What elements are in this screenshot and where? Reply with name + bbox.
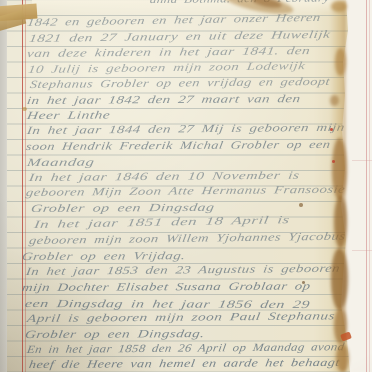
foxing-dot	[299, 203, 303, 207]
stain	[334, 196, 347, 248]
stain	[331, 1, 347, 12]
manuscript-line: van deze kinderen in het jaar 1841. den	[26, 45, 311, 60]
manuscript-line: 1821 den 27 January en uit deze Huwelijk	[28, 29, 331, 45]
manuscript-line: In het jaar 1846 den 10 November is	[28, 170, 300, 184]
manuscript-line: In het jaar 1844 den 27 Mij is gebooren …	[26, 122, 346, 137]
manuscript-line: 1842 en gebooren en het jaar onzer Heere…	[26, 12, 321, 29]
manuscript-line: April is gebooren mijn zoon Paul Stephan…	[26, 310, 336, 325]
foxing-dot	[22, 107, 27, 111]
manuscript-line: heef die Heere van hemel en aarde het be…	[28, 357, 341, 371]
stain	[331, 248, 348, 310]
manuscript-line: In het jaar 1853 den 23 Augustus is gebo…	[25, 263, 341, 278]
manuscript-line: Grobler op een Dingsdag.	[24, 328, 205, 341]
manuscript-line: gebooren Mijn Zoon Atte Hermanus Fransoo…	[25, 184, 346, 199]
manuscript-line: 10 Julij is gebooren mijn zoon Lodewijk	[27, 60, 306, 76]
manuscript-photo: anna Bothma. den 8 February1842 en geboo…	[0, 0, 372, 372]
manuscript-line: soon Hendrik Frederik Michal Grobler op …	[25, 139, 331, 153]
manuscript-line: Grobler op een Vrijdag.	[21, 250, 186, 263]
manuscript-line: gebooren mijn zoon Willem Yjohannes Yjac…	[28, 231, 346, 247]
manuscript-line: En in het jaar 1858 den 26 April op Maan…	[26, 341, 345, 356]
red-speck	[330, 128, 333, 131]
manuscript-line: In het jaar 1851 den 18 April is	[33, 214, 290, 231]
stain	[332, 138, 347, 200]
stain	[335, 48, 346, 76]
manuscript-line: Maandag	[26, 157, 95, 169]
manuscript-line: Heer Linthe	[26, 109, 111, 122]
manuscript-line: mijn Dochter Elisabet Susana Groblaar op	[21, 280, 311, 294]
stain	[336, 344, 349, 372]
stain	[330, 95, 339, 106]
manuscript-line: een Dingsdag in het jaar 1856 den 29	[24, 298, 311, 311]
manuscript-line: Stephanus Grobler op een vrijdag en gedo…	[29, 76, 331, 91]
foxing-dot	[302, 281, 305, 284]
red-speck	[332, 160, 335, 163]
manuscript-line: in het jaar 1842 den 27 maart van den	[26, 93, 301, 107]
handwriting-layer: anna Bothma. den 8 February1842 en geboo…	[0, 0, 372, 372]
manuscript-line: Grobler op een Dingsdag	[30, 202, 215, 215]
